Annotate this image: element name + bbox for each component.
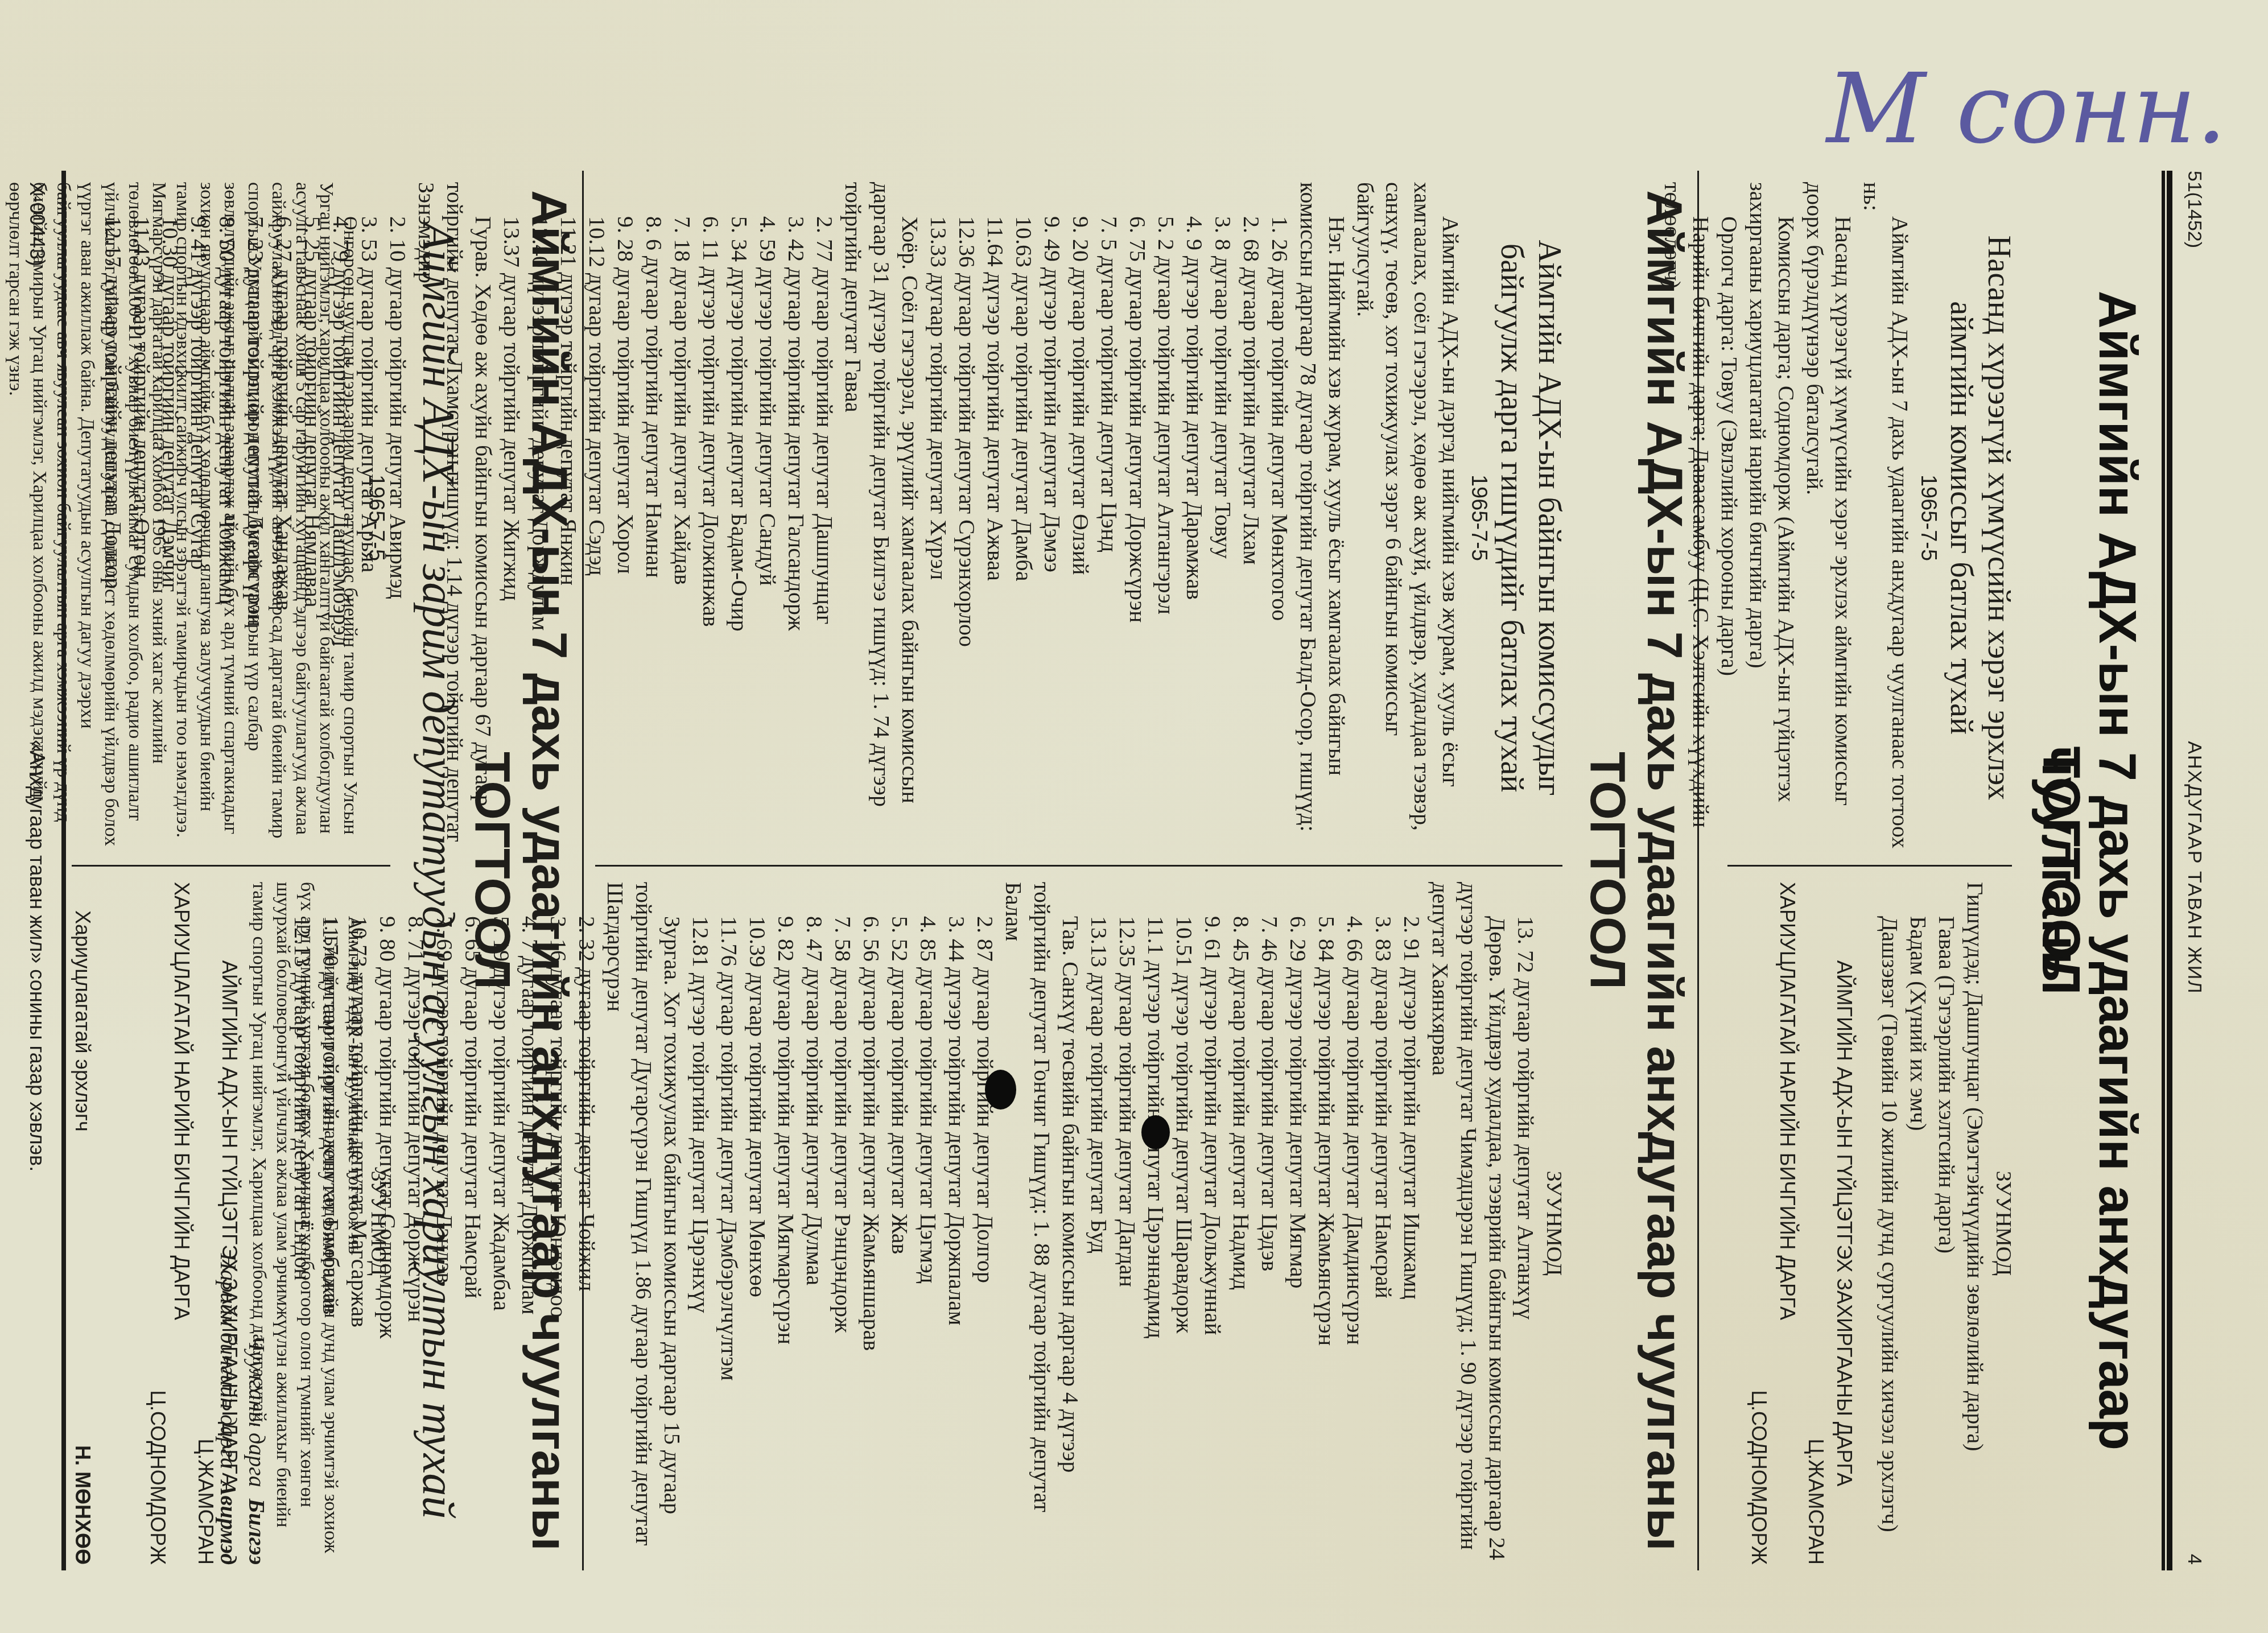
article-2-title: Аймгийн АДХ-ын 7 дахь удаагийн анхдугаар… <box>1636 171 1693 1570</box>
member-line: Гишүүдэд; Дашпунцаг (Эмэгтэйчүүдийн зөвл… <box>1961 882 1989 1565</box>
commission-member: 8. 45 дугаар тойргийн депутат Надмид <box>1227 882 1255 1565</box>
commission-member: 2. 87 дугаар тойргийн депутат Долгор <box>971 882 999 1565</box>
commission-member: 3. 83 дугаар тойргийн депутат Намсрай <box>1369 882 1397 1565</box>
page-number: 4 <box>2183 1554 2205 1565</box>
article-1-intro: Аймгийн АДХ-ын 7 дахь удаагийн анхдугаар… <box>1857 182 1914 853</box>
article-3-body: Өнгөрсөн чуулган дээр зарим депутатуудаа… <box>3 182 362 853</box>
article-2-togtool: ТОГТООЛ <box>1580 171 1636 1570</box>
article-1: Насанд хүрээгүй хүмүүсийн хэрэг эрхлэх а… <box>1658 182 2018 853</box>
commission-member: 7. 58 дугаар тойргийн депутат Рэнцэндорж <box>828 882 857 1565</box>
article-2-header: Аймгийн АДХ-ын 7 дахь удаагийн анхдугаар… <box>1580 171 1693 1570</box>
article-2-place: ЗУУНМОД <box>1540 882 1568 1565</box>
article-1-right: ЗУУНМОД Гишүүдэд; Дашпунцаг (Эмэгтэйчүүд… <box>1745 882 2018 1565</box>
commission-member: 9. 61 дүгээр тойргийн депутат Дольжуннай <box>1198 882 1227 1565</box>
commission-member: 5. 34 дүгээр тойргийн депутат Бадам-Очир <box>725 182 753 853</box>
commission-member: 7. 18 дугаар тойргийн депутат Хайдав <box>668 182 696 853</box>
signature-title-2: ХАРИУЦЛАГАТАЙ НАРИЙН БИЧГИЙН ДАРГА <box>170 882 193 1565</box>
article-2-intro: Аймгийн АДХ-ын дэргэд нийгмийн хэв журам… <box>1351 182 1465 853</box>
printer-line: «Анхдугаар таван жил» сонины газар хэвлэ… <box>25 740 49 1172</box>
commission-member: 13.33 дугаар тойргийн депутат Хүрэл <box>924 182 952 853</box>
commission-member: 6. 75 дугаар тойргийн депутат Доржсүрэн <box>1123 182 1152 853</box>
commission-member: 12.35 дугаар тойргийн депутат Дагдан <box>1113 882 1141 1565</box>
signature-name: Ц.ЖАМСРАН <box>1801 882 1830 1565</box>
article-3-subtitle: Аймгийн АДХ-ын зарим депутатуудын асуулг… <box>412 171 464 1570</box>
article-1-place: ЗУУНМОД <box>1989 882 2018 1565</box>
punch-hole <box>985 1070 1016 1110</box>
commission-member: 9. 20 дугаар тойргийн депутат Өлзий <box>1066 182 1095 853</box>
commission-member: 9. 28 дугаар тойргийн депутат Хорол <box>611 182 640 853</box>
resolution-intro: Аймгийн АДХ-ын чуулганаас тогтоох нь <box>343 882 366 1565</box>
commission-member: 13.13 дугаар тойргийн депутат Буд <box>1084 882 1113 1565</box>
punch-hole <box>1141 1115 1170 1149</box>
commission-1-members: 1. 26 дугаар тойргийн депутат Мөнхтогоо2… <box>924 182 1294 853</box>
column-divider <box>1727 865 2012 867</box>
article-1-subtitle: Насанд хүрээгүй хүмүүсийн хэрэг эрхлэх а… <box>1943 182 2018 853</box>
commission-member: 7. 5 дугаар тойргийн депутат Цэнд <box>1095 182 1123 853</box>
article-3-header: Аймгийн АДХ-ын 7 дахь удаагийн анхдугаар… <box>412 171 578 1570</box>
commission-member: 4. 66 дугаар тойргийн депутат Дамдинсүрэ… <box>1341 882 1369 1565</box>
commission-member: 11.1 дүгээр тойргийн депутат Цэрэннадмид <box>1141 882 1170 1565</box>
signature-name: Ц.ЖАМСРАН <box>193 882 217 1565</box>
section-divider <box>582 171 584 1570</box>
article-3-date: 1965-7-5 <box>362 182 390 853</box>
newspaper-page: 51(1452) АНХДУГААР ТАВАН ЖИЛ 4 Аймгийн А… <box>0 0 2268 1633</box>
signature-title-2: ХАРИУЦЛАГАТАЙ НАРИЙН БИЧГИЙН ДАРГА <box>1773 882 1801 1565</box>
commission-member: 10.12 дугаар тойргийн депутат Сэдэд <box>583 182 611 853</box>
masthead: 51(1452) АНХДУГААР ТАВАН ЖИЛ 4 <box>2154 171 2205 1565</box>
commission-member: 2. 77 дугаар тойргийн депутат Дашпунцаг <box>810 182 839 853</box>
commission-member: 9. 49 дүгээр тойргийн депутат Дэмээ <box>1038 182 1066 853</box>
article-1-body: Насанд хүрээгүй хүмүүсийн хэрэг эрхлэх а… <box>1800 182 1857 853</box>
commission-member: 6. 29 дүгээр тойргийн депутат Мягмар <box>1284 882 1312 1565</box>
editor-line: Хариуцлагатай эрхлэгч Н. МӨНХӨӨ <box>71 910 94 1565</box>
print-code: Х-00443) <box>25 182 49 266</box>
commission-member: 10.51 дүгээр тойргийн депутат Шаравдорж <box>1170 882 1198 1565</box>
commission-heading: Нэг. Нийгмийн хэв журам, хууль ёсыг хамг… <box>1294 182 1351 853</box>
article-3-place: ЗУУНМОД <box>366 882 390 1565</box>
commission-4-members: 2. 91 дүгээр тойргийн депутат Ишжамц3. 8… <box>1084 882 1426 1565</box>
article-3-title: Аймгийн АДХ-ын 7 дахь удаагийн анхдугаар… <box>521 171 578 1570</box>
commission-member: 3. 44 дүгээр тойргийн депутат Доржпалам <box>942 882 971 1565</box>
commission-member: 5. 52 дугаар тойргийн депутат Жав <box>885 882 914 1565</box>
commission-member: 4. 85 дугаар тойргийн депутат Цэгмэд <box>914 882 942 1565</box>
commission-member: 10.39 дугаар тойргийн депутат Мөнхөө <box>743 882 772 1565</box>
article-3-right: ЗУУНМОД Аймгийн АДХ-ын чуулганаас тогтоо… <box>146 882 390 1565</box>
footer-rule <box>61 171 66 1570</box>
signature-title: АЙМГИЙН АДХ-ЫН ГҮЙЦЭТГЭХ ЗАХИРГААНЫ ДАРГ… <box>1830 882 1858 1565</box>
commission-heading: Хоёр. Соёл гэгээрэл, эрүүлийг хамгаалах … <box>839 182 924 853</box>
member-line: Бадам (Хүний их эмч) <box>1904 882 1932 1565</box>
commission-heading: Зургаа. Хот тохижуулах байнгын комиссын … <box>601 882 686 1565</box>
newspaper-name: АНХДУГААР ТАВАН ЖИЛ <box>2183 171 2205 1565</box>
commission-member: 5. 84 дүгээр тойргийн депутат Жамьянсүрэ… <box>1312 882 1341 1565</box>
masthead-rule <box>2165 171 2172 1570</box>
commission-member: 3. 8 дугаар тойргийн депутат Товуу <box>1209 182 1237 853</box>
commission-member: 4. 9 дүгээр тойргийн депутат Дарамжав <box>1180 182 1209 853</box>
commission-member: 8. 47 дугаар тойргийн депутат Дулмаа <box>800 882 828 1565</box>
commission-heading: Тав. Санхүү төсвийн байнгын комиссын дар… <box>999 882 1084 1565</box>
commission-member: 6. 11 дүгээр тойргийн депутат Должинжав <box>696 182 725 853</box>
commission-member: 11.76 дугаар тойргийн депутат Дэмбэрэлчү… <box>715 882 743 1565</box>
column-divider <box>595 865 1562 867</box>
signature-title: АЙМГИЙН АДХ-ЫН ГҮЙЦЭТГЭХ ЗАХИРГААНЫ ДАРГ… <box>217 882 241 1565</box>
commission-5-members: 2. 87 дугаар тойргийн депутат Долгор3. 4… <box>686 882 999 1565</box>
commission-heading: Дөрөв. Үйлдвэр худалдаа, тээврийн байнгы… <box>1426 882 1511 1565</box>
member-line: Гаваа (Гэгээрлийн хэлтсийн дарга) <box>1932 882 1961 1565</box>
member-line: Комиссын дарга; Содномдорж (Аймгийн АДХ-… <box>1743 182 1800 853</box>
resolution-item: 1. Биеийн тамир спортын ажлыг хөдөлмөрчд… <box>247 882 343 1565</box>
article-2-date: 1965-7-5 <box>1465 182 1493 853</box>
article-2-subtitle: Аймгийн АДХ-ын байнгын комиссуудыг байгу… <box>1493 182 1568 853</box>
editor-name: Н. МӨНХӨӨ <box>71 1445 94 1565</box>
column-divider <box>72 865 390 867</box>
member-line: Дашзэвэг (Төвийн 10 жилийн дунд сургуули… <box>1875 882 1904 1565</box>
commission-member: 13. 72 дугаар тойргийн депутат Алтанхүү <box>1511 882 1540 1565</box>
article-3-togtool: ТОГТООЛ <box>464 171 521 1570</box>
commission-member: 7. 46 дугаар тойргийн депутат Цэдэв <box>1255 882 1284 1565</box>
commission-member: 1. 26 дугаар тойргийн депутат Мөнхтогоо <box>1265 182 1294 853</box>
editor-label: Хариуцлагатай эрхлэгч <box>71 910 94 1132</box>
commission-member: 10.63 дугаар тойргийн депутат Дамба <box>1009 182 1038 853</box>
commission-member: 3. 42 дугаар тойргийн депутат Галсандорж <box>782 182 810 853</box>
commission-member: 2. 91 дүгээр тойргийн депутат Ишжамц <box>1397 882 1426 1565</box>
commission-member: 6. 56 дугаар тойргийн депутат Жамьяншара… <box>857 882 885 1565</box>
commission-member: 2. 68 дугаар тойргийн депутат Лхам <box>1237 182 1265 853</box>
member-line: Орлогч дарга: Товуу (Эвлэлийн хорооны да… <box>1715 182 1743 853</box>
section-divider <box>1697 171 1699 1570</box>
commission-member: 11.64 дүгээр тойргийн депутат Ажваа <box>981 182 1009 853</box>
commission-member: 8. 6 дугаар тойргийн депутат Намнан <box>640 182 668 853</box>
article-1-date: 1965-7-5 <box>1914 182 1943 853</box>
commission-member: 12.81 дүгээр тойргийн депутат Цэрэнхүү <box>686 882 715 1565</box>
main-headline-togtool: ТОГТООЛ <box>2031 171 2090 1570</box>
commission-member: 12.36 дугаар тойргийн депутат Сүрэнхорло… <box>952 182 981 853</box>
commission-member: 9. 82 дугаар тойргийн депутат Мягмарсүрэ… <box>772 882 800 1565</box>
signature-name-2: Ц.СОДНОМДОРЖ <box>1745 882 1773 1565</box>
commission-member: 5. 2 дугаар тойргийн депутат Алтангэрэл <box>1152 182 1180 853</box>
signature-name-2: Ц.СОДНОМДОРЖ <box>146 882 170 1565</box>
commission-member: 4. 59 дүгээр тойргийн депутат Сандуй <box>753 182 782 853</box>
